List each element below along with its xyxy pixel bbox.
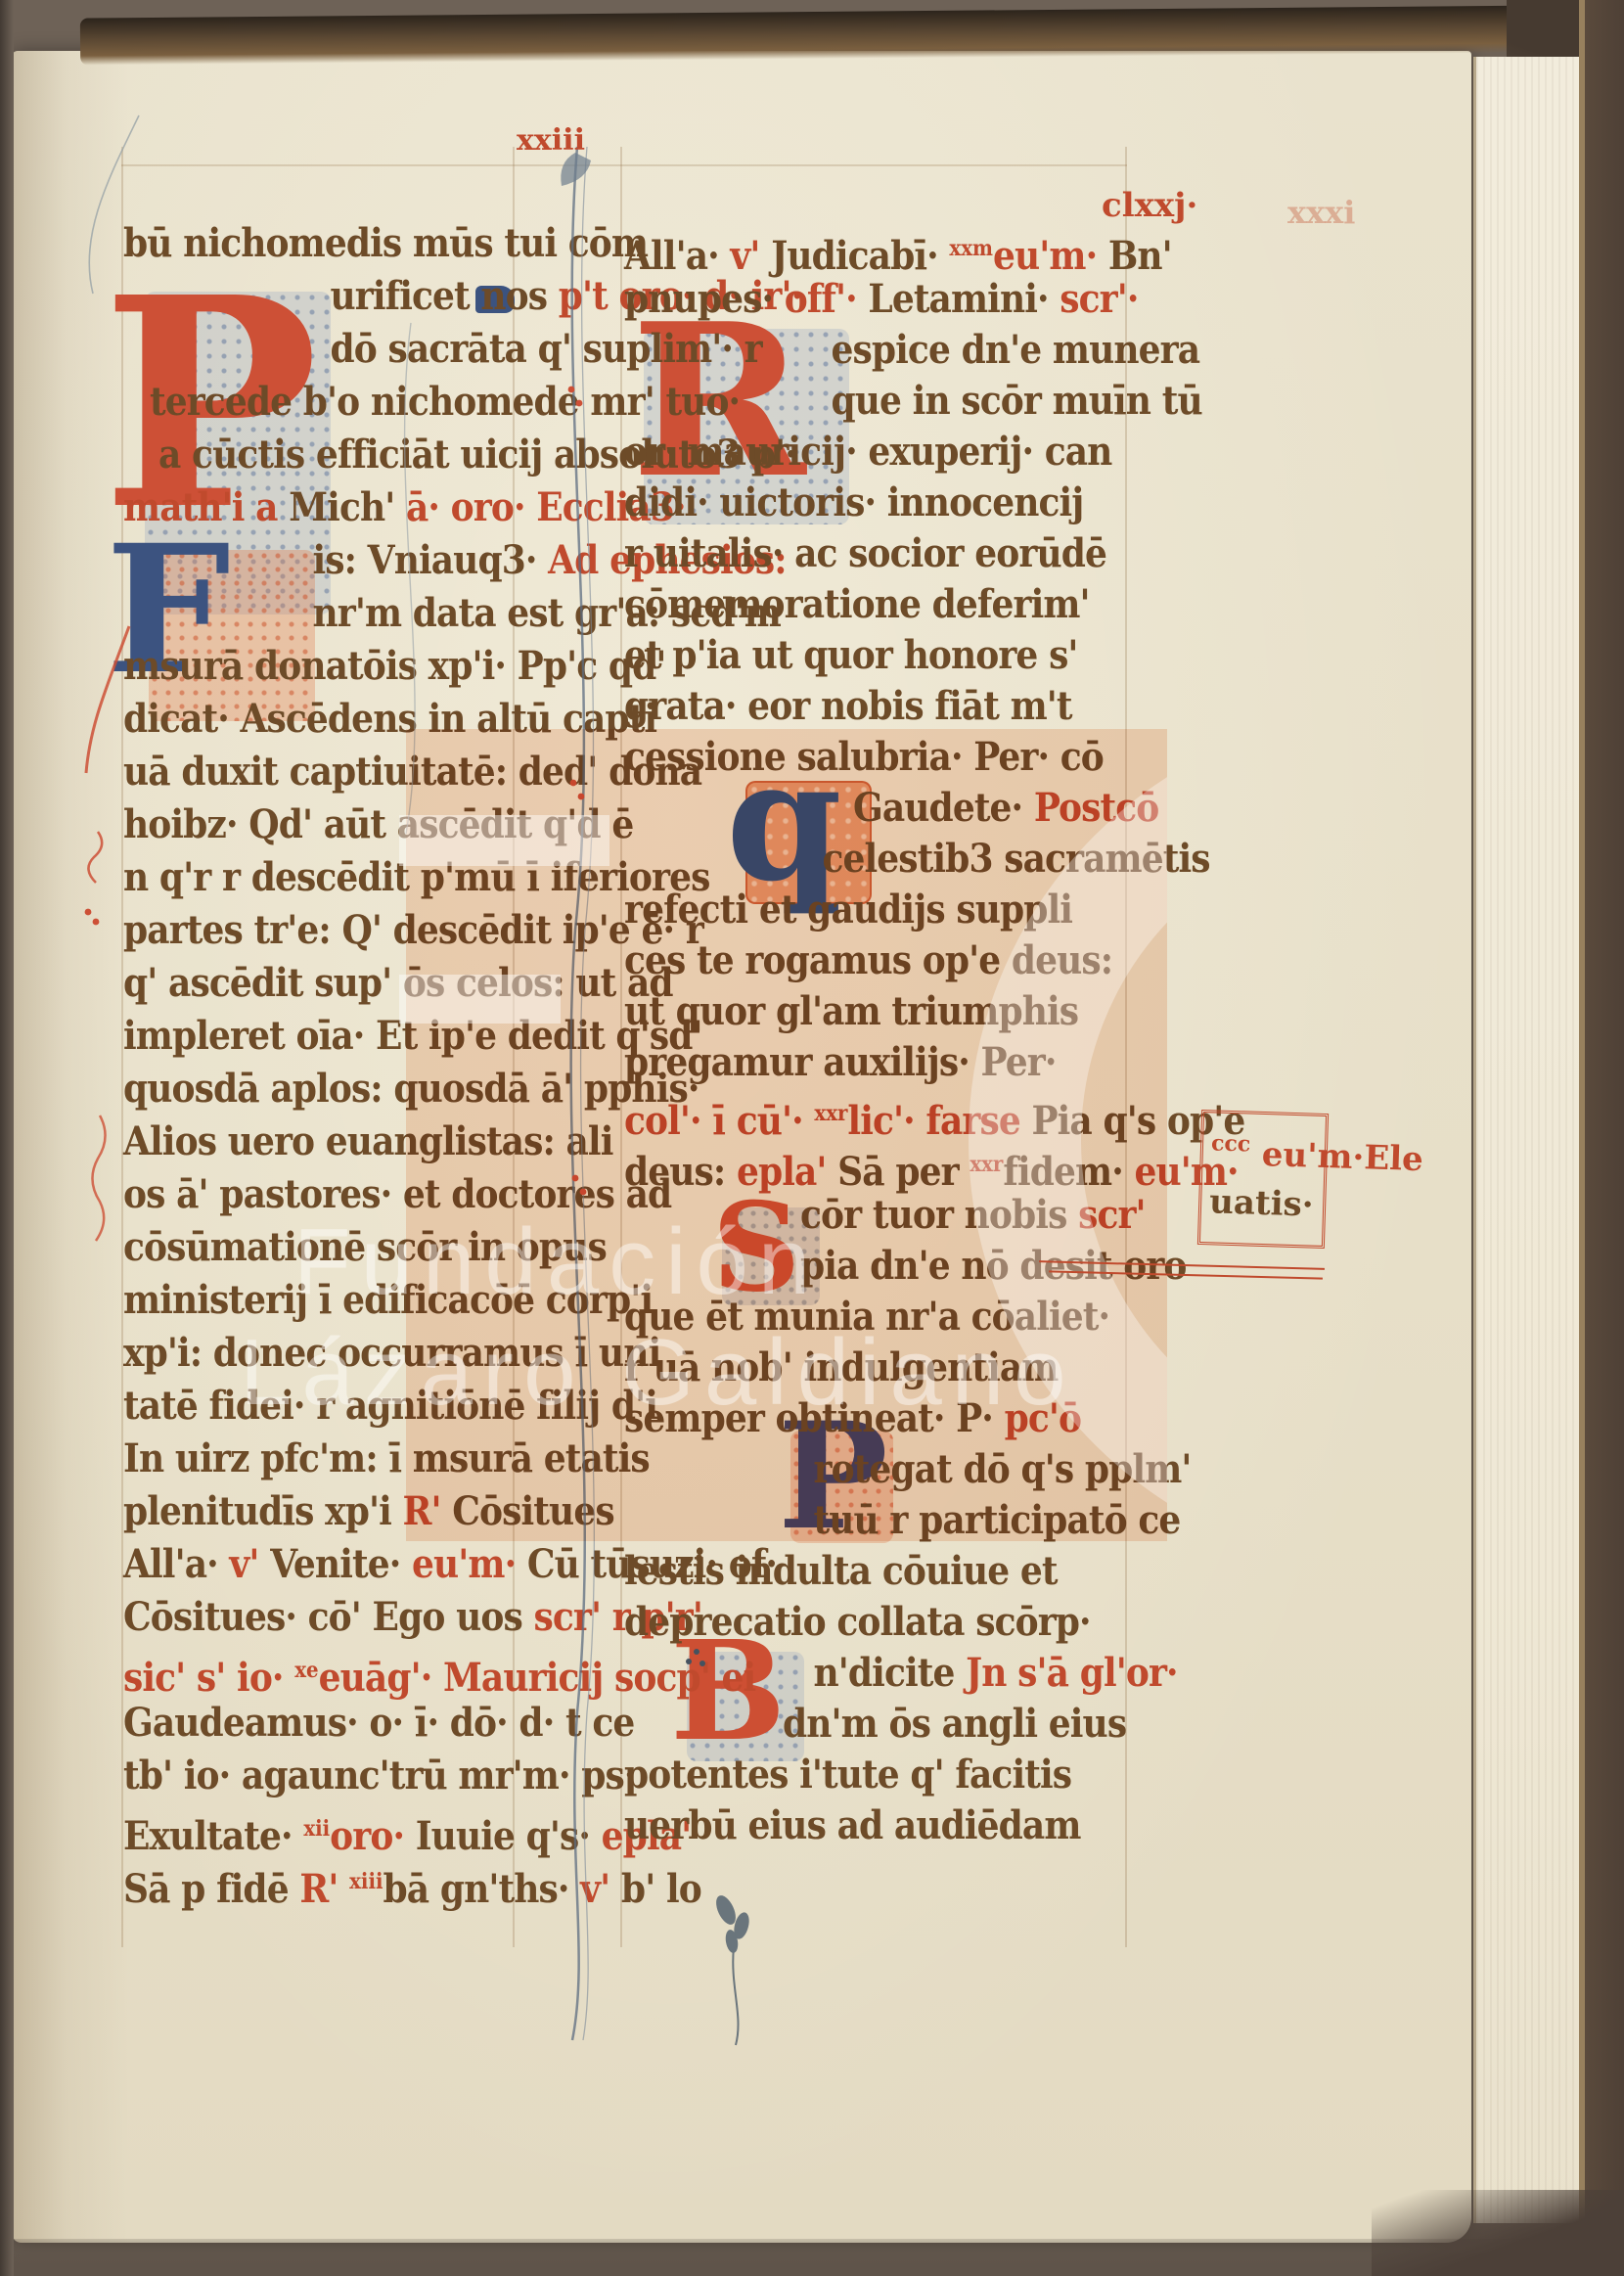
text-segment: tatē fidei· r agnitiōnē filij d'i [123, 1383, 657, 1429]
text-segment: cōsūmationē scōr in opus [123, 1224, 607, 1270]
text-segment: dn'm ōs angli eius [783, 1701, 1126, 1747]
text-segment: que ēt munia nr'a cōaliet· [624, 1294, 1109, 1340]
text-line: pnupes· off'· Letamini· scr'· [624, 274, 1082, 325]
gutter-left-edge [0, 0, 14, 2276]
text-segment: tb' io· agaunc'trū mr'm· ps· [123, 1753, 636, 1798]
marginal-correction-box: ccc eu'm·Ele uatis· [1197, 1110, 1329, 1249]
text-line: tercede b'o nichomede mr' tuo· [123, 376, 484, 429]
rubric-segment: R' [299, 1866, 349, 1912]
text-segment: In uirz pfc'm: ī msurā etatis [123, 1435, 650, 1481]
text-segment: All'a· [624, 233, 730, 279]
text-segment: potentes i'tute q' facitis [624, 1752, 1071, 1798]
margin-sup: ccc [1211, 1130, 1251, 1157]
margin-line1: eu'm·Ele [1261, 1135, 1423, 1179]
text-segment: os ā' pastores· et doctores ad [123, 1171, 671, 1217]
text-segment: hoibz· Qd' aūt ascēdit q'd ē [123, 801, 633, 847]
text-segment: uerbū eius ad audiēdam [624, 1802, 1081, 1848]
text-segment: bā gn'ths· [383, 1866, 581, 1912]
text-segment: Mich' [289, 484, 394, 530]
text-segment: lestis indulta cōuiue et [624, 1548, 1058, 1594]
text-line: tatē fidei· r agnitiōnē filij d'i [123, 1380, 484, 1433]
text-line: Gaudete· Postcō [624, 783, 1082, 834]
text-line: quosdā aplos: quosdā ā' pphis· [123, 1063, 484, 1115]
text-segment: Judicabī· [771, 233, 949, 279]
text-segment: cessione salubria· Per· cō [624, 734, 1104, 780]
text-line: Gaudeamus· o· ī· dō· d· t ce [123, 1697, 484, 1750]
text-segment: deprecatio collata scōrp· [624, 1599, 1091, 1645]
text-line: Exultate· xiioro· Iuuie q's· epla' [123, 1802, 484, 1855]
text-segment: ces te rogamus op'e deus: [624, 937, 1112, 983]
text-segment: uā duxit captiuitatē: ded' dona [123, 749, 701, 795]
text-line: rotegat dō q's pplm' [624, 1444, 1082, 1495]
text-line: Sā p fidē R' xiiibā gn'ths· v' b' lo [123, 1855, 484, 1908]
text-line: or· mauricij· exuperij· can [624, 427, 1082, 478]
text-segment: Venite· [270, 1541, 412, 1587]
text-line: math'i a Mich' ā· oro· Ecclia3· [123, 481, 484, 534]
text-line: dn'm ōs angli eius [624, 1699, 1082, 1750]
text-line: deprecatio collata scōrp· [624, 1597, 1082, 1648]
text-line: que in scōr muīn tū [624, 376, 1082, 427]
text-line: sic' s' io· xeeuāg'· Mauricij socp' ei [123, 1644, 484, 1697]
text-line: pregamur auxilijs· Per· [624, 1037, 1082, 1088]
text-segment: Gaudeamus· o· ī· dō· d· t ce [123, 1700, 634, 1746]
text-segment: pnupes· [624, 276, 785, 322]
text-line: a cūctis efficiāt uicij absoluto3 p'· [123, 429, 484, 481]
text-segment: dicat· Ascēdens in altū capti [123, 696, 656, 742]
rubric-segment: col'· ī cū'· [624, 1098, 814, 1144]
rubric-segment: R' [403, 1488, 453, 1534]
text-line: os ā' pastores· et doctores ad [123, 1168, 484, 1221]
text-segment: cōmemoratione deferim' [624, 581, 1090, 627]
text-line: nr'm data est gr'a: scd'm [123, 587, 484, 640]
text-line: In uirz pfc'm: ī msurā etatis [123, 1433, 484, 1485]
text-segment: pregamur auxilijs· Per· [624, 1039, 1056, 1085]
text-segment: semper obtineat· P· [624, 1395, 1005, 1441]
text-line: didi· uictoris· innocencij [624, 478, 1082, 528]
text-column-right: All'a· v' Judicabī· xxmeu'm· Bn'pnupes· … [624, 223, 1133, 1851]
faint-folio-mark: xxxi [1287, 194, 1355, 231]
text-line: uerbū eius ad audiēdam [624, 1800, 1082, 1851]
text-segment: celestib3 sacramētis [823, 836, 1210, 882]
text-segment: n q'r r descēdit p'mū ī iferiores [123, 854, 709, 900]
text-line: lestis indulta cōuiue et [624, 1546, 1082, 1597]
text-segment: n'dicite [814, 1650, 967, 1696]
text-segment: quosdā aplos: quosdā ā' pphis· [123, 1066, 699, 1112]
text-line: q' ascēdit sup' ōs celos: ut ad [123, 957, 484, 1010]
text-line: uā duxit captiuitatē: ded' dona [123, 746, 484, 798]
rubric-segment: sic' s' io· [123, 1655, 294, 1701]
text-segment: pia dn'e nō desit oro [800, 1243, 1187, 1289]
text-line: col'· ī cū'· xxrlic'· farse Pia q's op'e [624, 1088, 1082, 1139]
ruling-line [121, 164, 1127, 166]
text-segment: et p'ia ut quor honore s' [624, 632, 1078, 678]
text-line: Cōsitues· cō' Ego uos scr' r p'r' [123, 1591, 484, 1644]
text-segment: didi· uictoris· innocencij [624, 479, 1083, 525]
page-fore-edge-stack [1473, 57, 1582, 2223]
text-line: cōsūmationē scōr in opus [123, 1221, 484, 1274]
text-segment: Cōsitues· cō' Ego uos [123, 1594, 533, 1640]
rubric-superscript: xii [303, 1816, 330, 1842]
rubric-segment: scr'· [1060, 276, 1138, 322]
rubric-segment: math'i a [123, 484, 289, 530]
text-line: msurā donatōis xp'i· Pp'c qd' [123, 640, 484, 693]
text-segment: urificet nos [331, 273, 559, 319]
text-line: xp'i: donec occurramus ī uni [123, 1327, 484, 1380]
text-segment: impleret oīa· Et ip'e dedit q'sd' [123, 1013, 702, 1059]
text-segment: partes tr'e: Q' descēdit ip'e ē· r [123, 907, 703, 953]
text-segment: r uā nob' indulgentiam [624, 1344, 1058, 1390]
text-segment: deus: [624, 1149, 737, 1195]
text-segment: rotegat dō q's pplm' [814, 1446, 1192, 1492]
text-line: que ēt munia nr'a cōaliet· [624, 1292, 1082, 1343]
rubric-segment: pc'ō [1005, 1395, 1082, 1441]
text-segment: Bn' [1108, 233, 1172, 279]
rubric-superscript: xxm [949, 236, 993, 261]
text-line: All'a· v' Venite· eu'm· Cū tūsuzi· of· [123, 1538, 484, 1591]
rubric-segment: Postcō [1034, 785, 1159, 831]
cover-bottom-right [1372, 2190, 1624, 2276]
text-line: r uā nob' indulgentiam [624, 1343, 1082, 1393]
text-line: dō sacrāta q' suplim'· r [123, 323, 484, 376]
text-segment: Exultate· [123, 1813, 303, 1859]
text-segment: b' lo [621, 1866, 701, 1912]
text-segment: Letamini· [868, 276, 1060, 322]
rubric-segment: v' [730, 233, 771, 279]
rubric-segment: eu'm· [993, 233, 1108, 279]
rubric-segment: Jn s'ā gl'or· [966, 1650, 1178, 1696]
text-line: celestib3 sacramētis [624, 834, 1082, 885]
rubric-segment: eu'm· [412, 1541, 527, 1587]
rubric-segment: v' [229, 1541, 270, 1587]
text-segment: ministerij ī edificacōē corp'i [123, 1277, 653, 1323]
text-segment: r uitalis· ac socior eorūdē [624, 530, 1106, 576]
text-segment: refecti et gaudijs suppli [624, 887, 1072, 933]
text-line: tb' io· agaunc'trū mr'm· ps· [123, 1750, 484, 1802]
text-column-left: bū nichomedis mūs tui cōmurificet nos p'… [123, 217, 524, 1908]
text-line: deus: epla' Sā per xxrfidem· eu'm· [624, 1139, 1082, 1190]
rubric-superscript: xxr [814, 1101, 847, 1126]
text-line: pia dn'e nō desit oro [624, 1241, 1082, 1292]
text-segment: espice dn'e munera [832, 327, 1200, 373]
text-segment: fidem· [1003, 1149, 1134, 1195]
text-line: cōmemoratione deferim' [624, 579, 1082, 630]
rubric-superscript: xiii [349, 1869, 383, 1894]
text-segment: All'a· [123, 1541, 229, 1587]
book-cover-right [1579, 0, 1624, 2276]
text-line: bū nichomedis mūs tui cōm [123, 217, 484, 270]
text-line: et p'ia ut quor honore s' [624, 630, 1082, 681]
text-line: r uitalis· ac socior eorūdē [624, 528, 1082, 579]
text-segment: tuū r participatō ce [814, 1497, 1181, 1543]
text-segment: is: Vniauq3· [313, 537, 549, 583]
text-line: n'dicite Jn s'ā gl'or· [624, 1648, 1082, 1699]
text-line: impleret oīa· Et ip'e dedit q'sd' [123, 1010, 484, 1063]
text-segment: Sā per [837, 1149, 970, 1195]
text-segment: bū nichomedis mūs tui cōm [123, 220, 648, 266]
text-line: partes tr'e: Q' descēdit ip'e ē· r [123, 904, 484, 957]
text-line: semper obtineat· P· pc'ō [624, 1393, 1082, 1444]
manuscript-photo: { "folio_marks": { "quire_center": "xxii… [0, 0, 1624, 2276]
text-line: refecti et gaudijs suppli [624, 885, 1082, 935]
text-segment: msurā donatōis xp'i· Pp'c qd' [123, 643, 666, 689]
text-segment: or· mauricij· exuperij· can [624, 429, 1111, 475]
text-segment: Gaudete· [853, 785, 1034, 831]
text-line: Alios uero euanglistas: ali [123, 1115, 484, 1168]
rubric-segment: lic'· farse [847, 1098, 1031, 1144]
text-segment: Iuuie q's· [416, 1813, 602, 1859]
text-segment: cōr tuor nobis [800, 1192, 1078, 1238]
text-line: plenitudīs xp'i R' Cōsitues [123, 1485, 484, 1538]
rubric-superscript: xe [294, 1658, 318, 1683]
text-line: dicat· Ascēdens in altū capti [123, 693, 484, 746]
text-segment: q' ascēdit sup' ōs celos: ut ad [123, 960, 673, 1006]
text-segment: Sā p fidē [123, 1866, 299, 1912]
text-line: urificet nos p't oro· d· ir'· [123, 270, 484, 323]
text-line: grata· eor nobis fiāt m't [624, 681, 1082, 732]
text-segment: Cōsitues [452, 1488, 613, 1534]
folio-number: clxxj· [1102, 186, 1197, 225]
text-line: cessione salubria· Per· cō [624, 732, 1082, 783]
text-line: ministerij ī edificacōē corp'i [123, 1274, 484, 1327]
text-line: potentes i'tute q' facitis [624, 1750, 1082, 1800]
rubric-segment: epla' [737, 1149, 837, 1195]
text-segment: ut quor gl'am triumphis [624, 988, 1078, 1034]
text-line: hoibz· Qd' aūt ascēdit q'd ē [123, 798, 484, 851]
text-segment: que in scōr muīn tū [832, 378, 1202, 424]
text-line: n q'r r descēdit p'mū ī iferiores [123, 851, 484, 904]
text-segment: grata· eor nobis fiāt m't [624, 683, 1072, 729]
text-line: ut quor gl'am triumphis [624, 986, 1082, 1037]
rubric-segment: oro· [330, 1813, 416, 1859]
text-line: is: Vniauq3· Ad ephesios: [123, 534, 484, 587]
text-line: tuū r participatō ce [624, 1495, 1082, 1546]
text-segment: plenitudīs xp'i [123, 1488, 403, 1534]
text-segment: Alios uero euanglistas: ali [123, 1118, 612, 1164]
quire-mark-center: xxiii [517, 123, 585, 158]
text-line: espice dn'e munera [624, 325, 1082, 376]
rubric-superscript: xxr [970, 1152, 1003, 1177]
rubric-segment: scr' [1078, 1192, 1146, 1238]
text-segment: xp'i: donec occurramus ī uni [123, 1330, 660, 1376]
text-line: All'a· v' Judicabī· xxmeu'm· Bn' [624, 223, 1082, 274]
rubric-segment: off'· [785, 276, 869, 322]
rubric-segment: v' [580, 1866, 621, 1912]
margin-line2: uatis· [1208, 1177, 1320, 1229]
text-line: cōr tuor nobis scr' [624, 1190, 1082, 1241]
text-line: ces te rogamus op'e deus: [624, 935, 1082, 986]
